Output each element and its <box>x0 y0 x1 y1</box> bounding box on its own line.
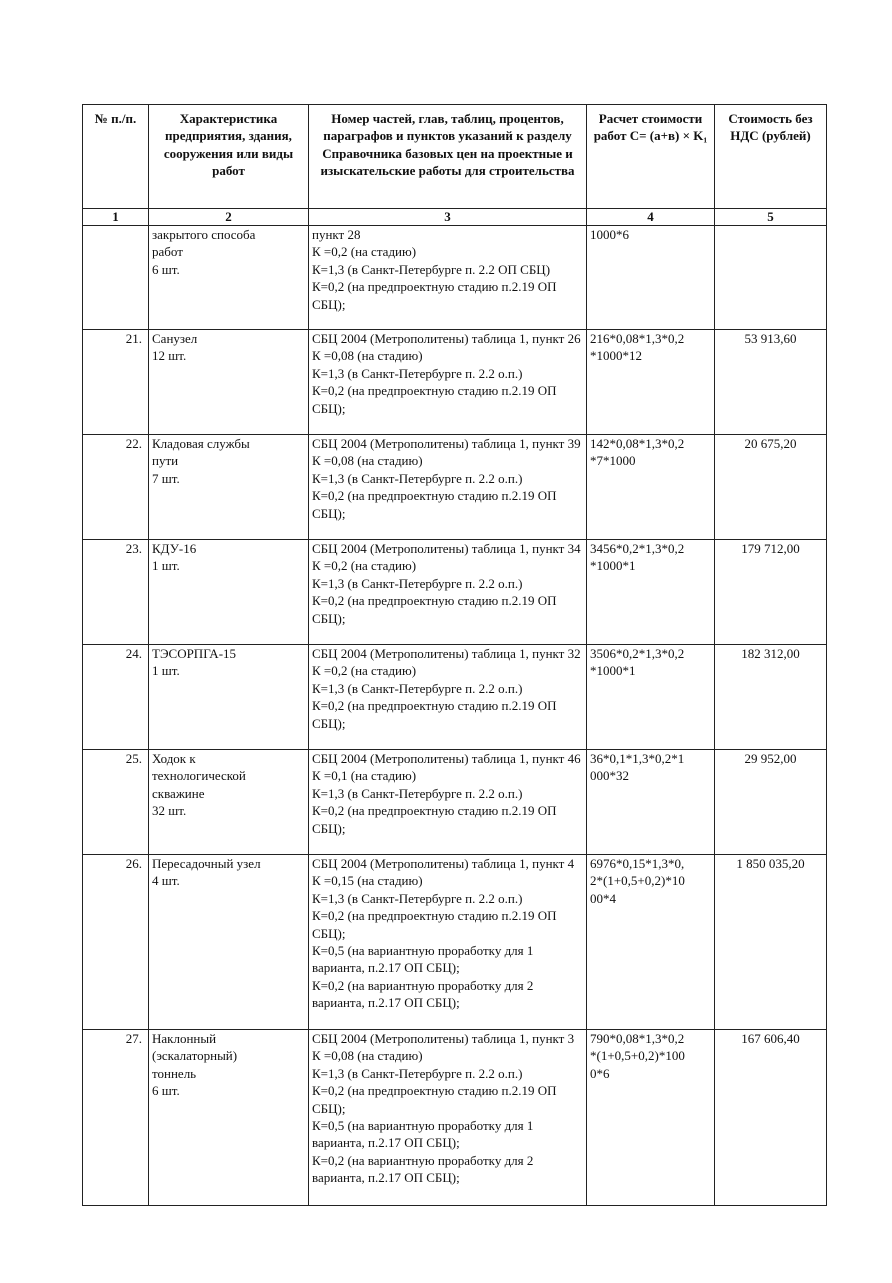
basis-line: К =0,08 (на стадию) <box>312 1047 583 1064</box>
calc-line: 1000*6 <box>590 226 711 243</box>
name-line: 12 шт. <box>152 347 305 364</box>
calc-line: *1000*1 <box>590 557 711 574</box>
name-line: ТЭСОРПГА-15 <box>152 645 305 662</box>
work-characteristic: закрытого способаработ6 шт. <box>149 226 309 330</box>
cost-calculation: 790*0,08*1,3*0,2*(1+0,5+0,2)*1000*6 <box>587 1030 715 1206</box>
cost-estimate-table: № п./п. Характеристика предприятия, здан… <box>82 104 827 1206</box>
calc-line: 2*(1+0,5+0,2)*10 <box>590 872 711 889</box>
calc-line: *1000*12 <box>590 347 711 364</box>
basis-line: К=0,2 (на предпроектную стадию п.2.19 ОП… <box>312 1082 583 1117</box>
reference-basis: СБЦ 2004 (Метрополитены) таблица 1, пунк… <box>309 855 587 1030</box>
basis-line: К =0,08 (на стадию) <box>312 347 583 364</box>
basis-line: СБЦ 2004 (Метрополитены) таблица 1, пунк… <box>312 645 583 662</box>
cost-calculation: 216*0,08*1,3*0,2*1000*12 <box>587 330 715 435</box>
basis-line: К=0,2 (на вариантную проработку для 2 ва… <box>312 1152 583 1187</box>
reference-basis: СБЦ 2004 (Метрополитены) таблица 1, пунк… <box>309 645 587 750</box>
cost-calculation: 3456*0,2*1,3*0,2*1000*1 <box>587 540 715 645</box>
calc-line: 3456*0,2*1,3*0,2 <box>590 540 711 557</box>
header-item-number: № п./п. <box>83 105 149 209</box>
basis-line: К=1,3 (в Санкт-Петербурге п. 2.2 о.п.) <box>312 1065 583 1082</box>
header-row: № п./п. Характеристика предприятия, здан… <box>83 105 827 209</box>
name-line: Наклонный <box>152 1030 305 1047</box>
row-number: 24. <box>83 645 149 750</box>
column-number: 4 <box>587 209 715 226</box>
name-line: 6 шт. <box>152 261 305 278</box>
name-line: 4 шт. <box>152 872 305 889</box>
name-line: Пересадочный узел <box>152 855 305 872</box>
cost-calculation: 6976*0,15*1,3*0,2*(1+0,5+0,2)*1000*4 <box>587 855 715 1030</box>
calc-line: 6976*0,15*1,3*0, <box>590 855 711 872</box>
name-line: работ <box>152 243 305 260</box>
cost-value: 182 312,00 <box>715 645 827 750</box>
column-number: 5 <box>715 209 827 226</box>
basis-line: К =0,1 (на стадию) <box>312 767 583 784</box>
column-number: 2 <box>149 209 309 226</box>
row-number: 22. <box>83 435 149 540</box>
cost-calculation: 36*0,1*1,3*0,2*1000*32 <box>587 750 715 855</box>
calc-line: 0*6 <box>590 1065 711 1082</box>
calc-line: 216*0,08*1,3*0,2 <box>590 330 711 347</box>
basis-line: К =0,08 (на стадию) <box>312 452 583 469</box>
name-line: закрытого способа <box>152 226 305 243</box>
basis-line: К=0,2 (на предпроектную стадию п.2.19 ОП… <box>312 697 583 732</box>
basis-line: К=1,3 (в Санкт-Петербурге п. 2.2 о.п.) <box>312 890 583 907</box>
basis-line: К=1,3 (в Санкт-Петербурге п. 2.2 о.п.) <box>312 785 583 802</box>
basis-line: К =0,15 (на стадию) <box>312 872 583 889</box>
work-characteristic: КДУ-161 шт. <box>149 540 309 645</box>
cost-calculation: 1000*6 <box>587 226 715 330</box>
basis-line: К =0,2 (на стадию) <box>312 243 583 260</box>
reference-basis: СБЦ 2004 (Метрополитены) таблица 1, пунк… <box>309 435 587 540</box>
reference-basis: СБЦ 2004 (Метрополитены) таблица 1, пунк… <box>309 1030 587 1206</box>
name-line: Санузел <box>152 330 305 347</box>
column-number: 3 <box>309 209 587 226</box>
column-number: 1 <box>83 209 149 226</box>
basis-line: К=0,2 (на предпроектную стадию п.2.19 ОП… <box>312 278 583 313</box>
basis-line: К=0,5 (на вариантную проработку для 1 ва… <box>312 1117 583 1152</box>
basis-line: К =0,2 (на стадию) <box>312 557 583 574</box>
basis-line: К=1,3 (в Санкт-Петербурге п. 2.2 о.п.) <box>312 470 583 487</box>
basis-line: К=0,5 (на вариантную проработку для 1 ва… <box>312 942 583 977</box>
basis-line: К=1,3 (в Санкт-Петербурге п. 2.2 о.п.) <box>312 575 583 592</box>
table-row: закрытого способаработ6 шт.пункт 28К =0,… <box>83 226 827 330</box>
reference-basis: СБЦ 2004 (Метрополитены) таблица 1, пунк… <box>309 540 587 645</box>
basis-line: К=0,2 (на вариантную проработку для 2 ва… <box>312 977 583 1012</box>
basis-line: СБЦ 2004 (Метрополитены) таблица 1, пунк… <box>312 330 583 347</box>
calc-line: 00*4 <box>590 890 711 907</box>
row-number: 27. <box>83 1030 149 1206</box>
table-row: 27.Наклонный(эскалаторный)тоннель6 шт.СБ… <box>83 1030 827 1206</box>
work-characteristic: Ходок ктехнологическойскважине32 шт. <box>149 750 309 855</box>
cost-value: 20 675,20 <box>715 435 827 540</box>
basis-line: К=0,2 (на предпроектную стадию п.2.19 ОП… <box>312 802 583 837</box>
reference-basis: пункт 28К =0,2 (на стадию)К=1,3 (в Санкт… <box>309 226 587 330</box>
table-row: 22.Кладовая службыпути7 шт.СБЦ 2004 (Мет… <box>83 435 827 540</box>
basis-line: К=0,2 (на предпроектную стадию п.2.19 ОП… <box>312 907 583 942</box>
name-line: КДУ-16 <box>152 540 305 557</box>
name-line: скважине <box>152 785 305 802</box>
name-line: 7 шт. <box>152 470 305 487</box>
name-line: Ходок к <box>152 750 305 767</box>
reference-basis: СБЦ 2004 (Метрополитены) таблица 1, пунк… <box>309 330 587 435</box>
header-reference: Номер частей, глав, таблиц, процентов, п… <box>309 105 587 209</box>
row-number: 21. <box>83 330 149 435</box>
work-characteristic: Наклонный(эскалаторный)тоннель6 шт. <box>149 1030 309 1206</box>
table-row: 25.Ходок ктехнологическойскважине32 шт.С… <box>83 750 827 855</box>
basis-line: К=0,2 (на предпроектную стадию п.2.19 ОП… <box>312 382 583 417</box>
work-characteristic: Пересадочный узел4 шт. <box>149 855 309 1030</box>
row-number: 26. <box>83 855 149 1030</box>
name-line: тоннель <box>152 1065 305 1082</box>
column-number-row: 1 2 3 4 5 <box>83 209 827 226</box>
name-line: 1 шт. <box>152 557 305 574</box>
basis-line: СБЦ 2004 (Метрополитены) таблица 1, пунк… <box>312 1030 583 1047</box>
header-calculation: Расчет стоимости работ C= (a+в) × K₁ <box>587 105 715 209</box>
cost-calculation: 3506*0,2*1,3*0,2*1000*1 <box>587 645 715 750</box>
name-line: 6 шт. <box>152 1082 305 1099</box>
basis-line: СБЦ 2004 (Метрополитены) таблица 1, пунк… <box>312 855 583 872</box>
reference-basis: СБЦ 2004 (Метрополитены) таблица 1, пунк… <box>309 750 587 855</box>
basis-line: пункт 28 <box>312 226 583 243</box>
calc-line: *(1+0,5+0,2)*100 <box>590 1047 711 1064</box>
basis-line: К=1,3 (в Санкт-Петербурге п. 2.2 о.п.) <box>312 365 583 382</box>
basis-line: К=0,2 (на предпроектную стадию п.2.19 ОП… <box>312 592 583 627</box>
basis-line: К =0,2 (на стадию) <box>312 662 583 679</box>
calc-line: 790*0,08*1,3*0,2 <box>590 1030 711 1047</box>
calc-line: 142*0,08*1,3*0,2 <box>590 435 711 452</box>
table-body: закрытого способаработ6 шт.пункт 28К =0,… <box>83 226 827 1206</box>
cost-calculation: 142*0,08*1,3*0,2*7*1000 <box>587 435 715 540</box>
basis-line: СБЦ 2004 (Метрополитены) таблица 1, пунк… <box>312 435 583 452</box>
table-row: 23.КДУ-161 шт.СБЦ 2004 (Метрополитены) т… <box>83 540 827 645</box>
cost-value: 179 712,00 <box>715 540 827 645</box>
table-row: 21.Санузел12 шт.СБЦ 2004 (Метрополитены)… <box>83 330 827 435</box>
calc-line: *7*1000 <box>590 452 711 469</box>
calc-line: 3506*0,2*1,3*0,2 <box>590 645 711 662</box>
header-characteristic: Характеристика предприятия, здания, соор… <box>149 105 309 209</box>
basis-line: К=1,3 (в Санкт-Петербурге п. 2.2 о.п.) <box>312 680 583 697</box>
table-row: 26.Пересадочный узел4 шт.СБЦ 2004 (Метро… <box>83 855 827 1030</box>
work-characteristic: ТЭСОРПГА-151 шт. <box>149 645 309 750</box>
row-number: 23. <box>83 540 149 645</box>
work-characteristic: Кладовая службыпути7 шт. <box>149 435 309 540</box>
calc-line: *1000*1 <box>590 662 711 679</box>
basis-line: СБЦ 2004 (Метрополитены) таблица 1, пунк… <box>312 540 583 557</box>
basis-line: К=0,2 (на предпроектную стадию п.2.19 ОП… <box>312 487 583 522</box>
cost-value: 167 606,40 <box>715 1030 827 1206</box>
basis-line: СБЦ 2004 (Метрополитены) таблица 1, пунк… <box>312 750 583 767</box>
work-characteristic: Санузел12 шт. <box>149 330 309 435</box>
basis-line: К=1,3 (в Санкт-Петербурге п. 2.2 ОП СБЦ) <box>312 261 583 278</box>
name-line: Кладовая службы <box>152 435 305 452</box>
cost-value: 1 850 035,20 <box>715 855 827 1030</box>
header-cost: Стоимость без НДС (рублей) <box>715 105 827 209</box>
name-line: технологической <box>152 767 305 784</box>
name-line: 32 шт. <box>152 802 305 819</box>
name-line: (эскалаторный) <box>152 1047 305 1064</box>
cost-value <box>715 226 827 330</box>
cost-value: 53 913,60 <box>715 330 827 435</box>
cost-value: 29 952,00 <box>715 750 827 855</box>
table-row: 24.ТЭСОРПГА-151 шт.СБЦ 2004 (Метрополите… <box>83 645 827 750</box>
name-line: пути <box>152 452 305 469</box>
calc-line: 36*0,1*1,3*0,2*1 <box>590 750 711 767</box>
name-line: 1 шт. <box>152 662 305 679</box>
row-number <box>83 226 149 330</box>
calc-line: 000*32 <box>590 767 711 784</box>
row-number: 25. <box>83 750 149 855</box>
